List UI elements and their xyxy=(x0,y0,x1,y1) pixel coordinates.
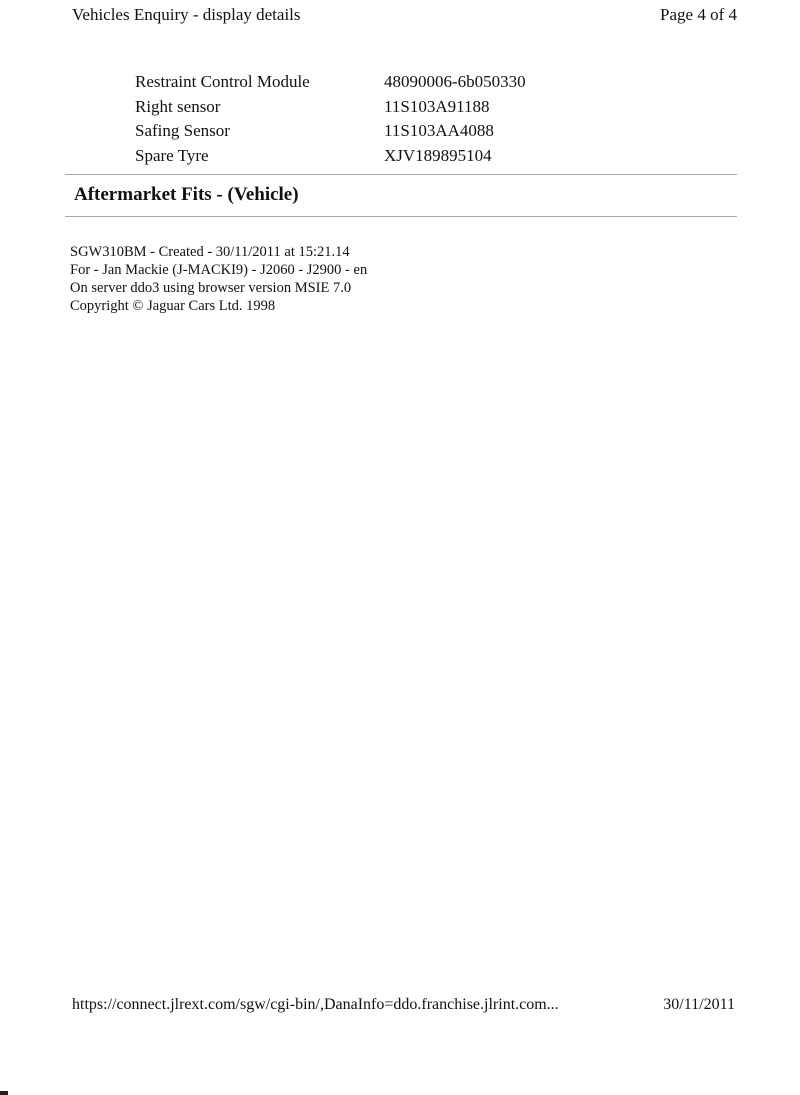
user-line: For - Jan Mackie (J-MACKI9) - J2060 - J2… xyxy=(70,261,367,279)
created-line: SGW310BM - Created - 30/11/2011 at 15:21… xyxy=(70,243,367,261)
section-divider-bottom xyxy=(65,216,737,217)
table-row: Right sensor 11S103A91188 xyxy=(135,95,526,120)
page-header-title: Vehicles Enquiry - display details xyxy=(72,5,301,25)
scan-artifact xyxy=(0,1091,8,1095)
detail-label: Right sensor xyxy=(135,95,384,120)
section-divider-top xyxy=(65,174,737,175)
detail-value: XJV189895104 xyxy=(384,144,526,169)
table-row: Restraint Control Module 48090006-6b0503… xyxy=(135,70,526,95)
page-indicator: Page 4 of 4 xyxy=(660,5,737,25)
footer-url: https://connect.jlrext.com/sgw/cgi-bin/,… xyxy=(72,996,559,1014)
footer-date: 30/11/2011 xyxy=(663,996,735,1014)
detail-value: 48090006-6b050330 xyxy=(384,70,526,95)
detail-value: 11S103A91188 xyxy=(384,95,526,120)
vehicle-details-table: Restraint Control Module 48090006-6b0503… xyxy=(135,70,526,168)
section-heading-aftermarket-fits: Aftermarket Fits - (Vehicle) xyxy=(74,184,299,206)
table-row: Spare Tyre XJV189895104 xyxy=(135,144,526,169)
detail-label: Spare Tyre xyxy=(135,144,384,169)
detail-value: 11S103AA4088 xyxy=(384,119,526,144)
copyright-line: Copyright © Jaguar Cars Ltd. 1998 xyxy=(70,297,367,315)
server-line: On server ddo3 using browser version MSI… xyxy=(70,279,367,297)
detail-label: Safing Sensor xyxy=(135,119,384,144)
detail-label: Restraint Control Module xyxy=(135,70,384,95)
report-metadata: SGW310BM - Created - 30/11/2011 at 15:21… xyxy=(70,243,367,315)
table-row: Safing Sensor 11S103AA4088 xyxy=(135,119,526,144)
